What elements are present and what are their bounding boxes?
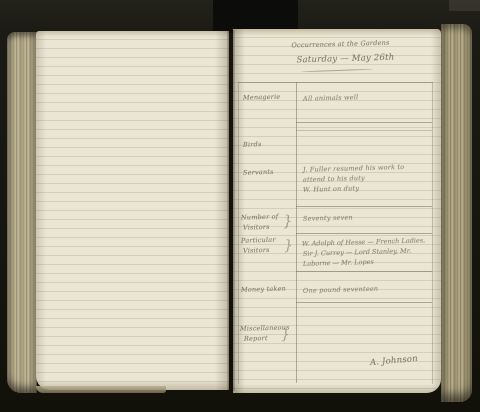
row-rule-5 [296,271,432,272]
ledger-photo: Occurrences at the Gardens Saturday — Ma… [0,0,480,412]
label-brace-number-of-visitors: } [283,212,293,230]
table-top-rule [238,82,433,83]
page-bottom-edge [36,386,166,393]
row-label-money-taken: Money taken [241,284,297,295]
background-highlight [449,0,480,11]
row-rule-2 [296,130,432,131]
row-label-miscellaneous-line2: Report [244,333,300,344]
book-fore-edge-left [7,32,37,393]
row-label-birds: Birds [243,139,295,150]
row-rule-3 [296,206,432,207]
label-brace-miscellaneous: } [281,327,290,343]
table-left-rule [238,82,239,384]
row-label-servants: Servants [243,167,295,178]
table-right-rule [432,82,433,384]
book-gutter [227,30,235,391]
label-brace-particular-visitors: } [284,238,293,254]
row-label-number-of-visitors-line1: Number of [241,212,287,223]
book-fore-edge-right [441,24,472,402]
left-page-blank [36,31,229,390]
row-rule-6 [296,302,432,303]
row-label-menagerie: Menagerie [243,92,295,103]
row-rule-4 [296,233,432,234]
row-rule-1 [296,122,432,123]
